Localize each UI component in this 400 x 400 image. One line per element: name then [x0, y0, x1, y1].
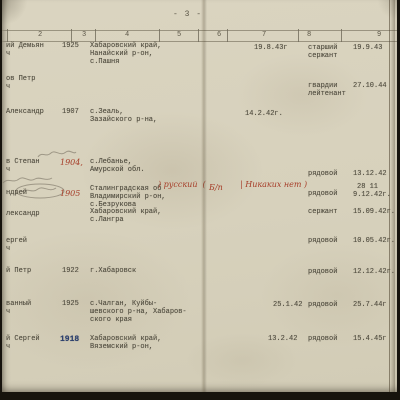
red-annotation-nationality: ) русский ( — [158, 180, 206, 189]
column-tick — [341, 29, 342, 42]
cell-date-col9: 25.7.44г — [353, 301, 387, 309]
cell-date-col7: 19.8.43г — [254, 44, 288, 52]
page-fold-seam — [201, 0, 207, 392]
cell-name: ов Петр — [6, 75, 35, 83]
cell-birth-year: 1905 — [60, 189, 80, 198]
column-number-3: 3 — [82, 31, 86, 39]
header-rule-top — [2, 30, 397, 31]
cell-birthplace: шевского р-на, Хабаров- — [90, 308, 187, 316]
cell-birthplace: с.Лебанье, — [90, 158, 132, 166]
cell-date-col9: 19.9.43 — [353, 44, 382, 52]
cell-birthplace: Хабаровский край, — [90, 42, 161, 50]
page-right-edge — [389, 0, 395, 392]
cell-birthplace: г.Хабаровск — [90, 267, 136, 275]
column-tick — [7, 29, 8, 42]
cell-name: й Сергей — [6, 335, 40, 343]
cell-date-col9: 15.4.45г — [353, 335, 387, 343]
column-tick — [71, 29, 72, 42]
column-number-5: 5 — [177, 31, 181, 39]
cell-rank: рядовой — [308, 268, 337, 276]
cell-rank: сержант — [308, 52, 337, 60]
cell-name: ч — [6, 50, 10, 58]
scanned-document-photo: { "page": { "number": "- 3 -" }, "colors… — [0, 0, 400, 400]
column-number-2: 2 — [38, 31, 42, 39]
cell-date-col7: 13.2.42 — [268, 335, 297, 343]
cell-birthplace: ского края — [90, 316, 132, 324]
cell-name: ванный — [6, 300, 31, 308]
cell-birth-year: 1925 — [62, 42, 79, 50]
cell-date-col9: 13.12.42 — [353, 170, 387, 178]
cell-birthplace: Вяземский р-он, — [90, 343, 153, 351]
cell-birth-year: 1907 — [62, 108, 79, 116]
page-number: - 3 - — [173, 10, 202, 19]
cell-birthplace: с.Пашня — [90, 58, 119, 66]
column-tick — [95, 29, 96, 42]
cell-birthplace: с.Лангра — [90, 216, 124, 224]
cell-birthplace: Сталинградская об — [90, 185, 161, 193]
cell-name: лександр — [6, 210, 40, 218]
cell-date-col7: 14.2.42г. — [245, 110, 283, 118]
cell-birthplace: Амурской обл. — [90, 166, 145, 174]
cell-date-col9: 27.10.44 — [353, 82, 387, 90]
cell-rank: рядовой — [308, 190, 337, 198]
cell-birthplace: Владимирский р-он, — [90, 193, 166, 201]
cell-name: ч — [6, 166, 10, 174]
cell-name: Александр — [6, 108, 44, 116]
cell-rank: рядовой — [308, 301, 337, 309]
cell-birth-year: 1904, — [60, 158, 83, 167]
cell-rank: рядовой — [308, 170, 337, 178]
cell-birthplace: Хабаровский край, — [90, 335, 161, 343]
cell-name: ч — [6, 308, 10, 316]
cell-rank: сержант — [308, 208, 337, 216]
column-tick — [198, 29, 199, 42]
cell-name: й Петр — [6, 267, 31, 275]
cell-name: ч — [6, 83, 10, 91]
cell-birthplace: Хабаровский край, — [90, 208, 161, 216]
cell-name: ч — [6, 245, 10, 253]
cell-rank: рядовой — [308, 237, 337, 245]
cell-date-col9: 28 11 — [357, 183, 378, 191]
cell-birthplace: Нанайский р-он, — [90, 50, 153, 58]
cell-rank: старший — [308, 44, 337, 52]
cell-rank: гвардии — [308, 82, 337, 90]
column-number-4: 4 — [125, 31, 129, 39]
cell-date-col7: 25.1.42 — [273, 301, 302, 309]
cell-name: ий Демьян — [6, 42, 44, 50]
document-page: - 3 - 2 3 4 5 6 7 8 9 ий Демьянч1925Хаба… — [2, 0, 397, 392]
cell-birth-year: 1922 — [62, 267, 79, 275]
column-number-6: 6 — [217, 31, 221, 39]
cell-birth-year: 1918 — [60, 335, 79, 344]
cell-name: ч — [6, 343, 10, 351]
cell-date-col9: 9.12.42г. — [353, 191, 391, 199]
cell-birthplace: с.Чалган, Куйбы- — [90, 300, 157, 308]
cell-name: ергей — [6, 237, 27, 245]
column-number-9: 9 — [377, 31, 381, 39]
column-tick — [298, 29, 299, 42]
cell-name: ндрей — [6, 189, 27, 197]
cell-rank: лейтенант — [308, 90, 346, 98]
column-number-7: 7 — [262, 31, 266, 39]
column-tick — [227, 29, 228, 42]
red-annotation-note: | Никаких нет ) — [240, 180, 307, 189]
cell-rank: рядовой — [308, 335, 337, 343]
cell-birthplace: Зазайского р-на, — [90, 116, 157, 124]
column-tick — [159, 29, 160, 42]
cell-birth-year: 1925 — [62, 300, 79, 308]
cell-name: в Степан — [6, 158, 40, 166]
cell-birthplace: с.Зеаль, — [90, 108, 124, 116]
red-annotation-party: Б/п — [209, 183, 223, 192]
column-number-8: 8 — [307, 31, 311, 39]
